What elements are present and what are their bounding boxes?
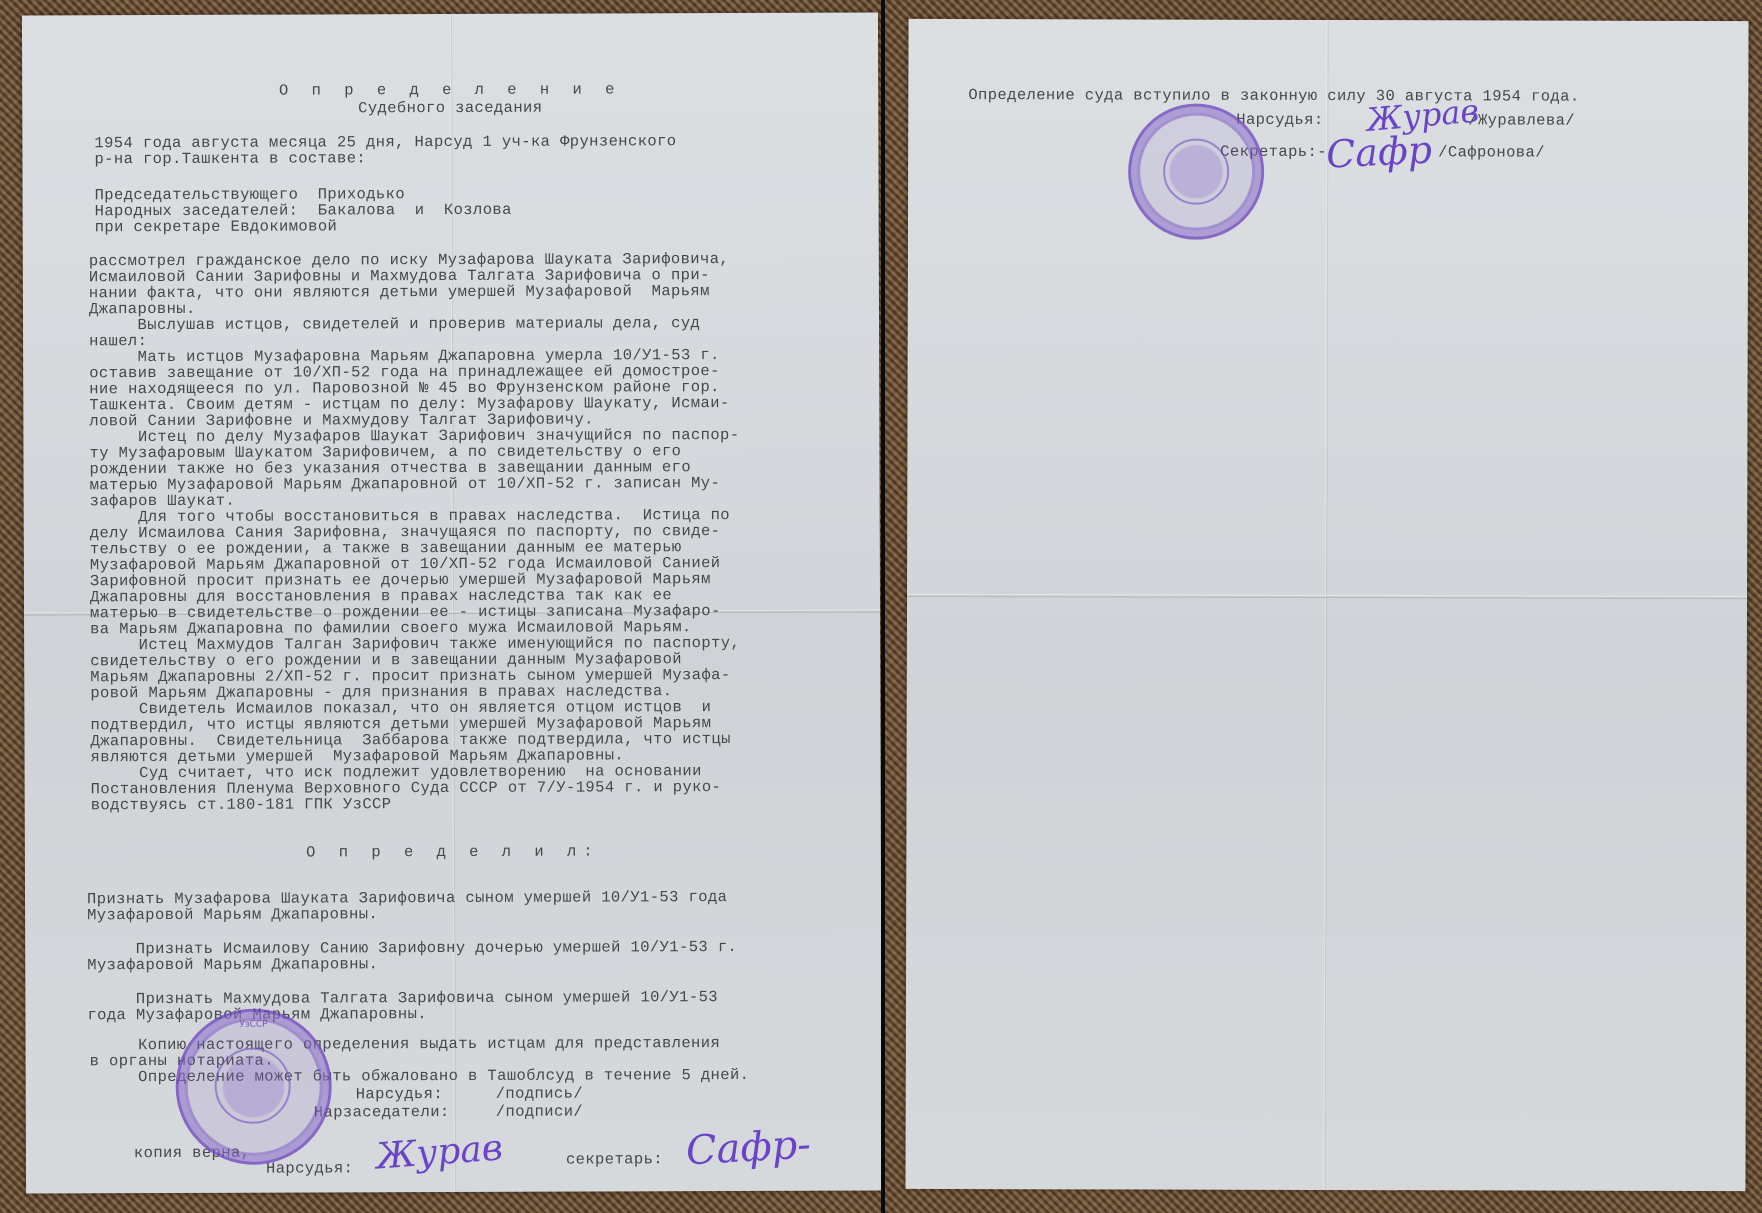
photo-right-back-page: Определение суда вступило в законную сил… <box>885 0 1762 1213</box>
judge-signature-value: /подпись/ <box>496 1086 583 1103</box>
header-line: 1954 года августа месяца 25 дня, Нарсуд … <box>94 133 676 151</box>
court-ruling-page-front: О п р е д е л е н и е Судебного заседани… <box>22 13 881 1194</box>
decision-line: Признать Музафарова Шауката Зарифовича с… <box>87 889 727 907</box>
header-line: р-на гор.Ташкента в составе: <box>94 150 366 167</box>
assessors-signature-value: /подписи/ <box>496 1104 583 1121</box>
secretary-label: секретарь: <box>566 1151 663 1168</box>
official-seal-stamp: УзССР <box>175 1008 332 1165</box>
composition-line: при секретаре Евдокимовой <box>95 218 338 235</box>
body-line: нашел: <box>89 333 147 349</box>
decision-line: Признать Исмаилову Санию Зарифовну дочер… <box>87 939 737 957</box>
body-line: нании факта, что они являются детьми уме… <box>89 283 710 301</box>
photo-left-front-page: О п р е д е л е н и е Судебного заседани… <box>0 0 881 1213</box>
document-subtitle: Судебного заседания <box>22 99 878 118</box>
seal-emblem <box>215 1048 291 1124</box>
judge-label: Нарсудья: <box>1236 112 1323 128</box>
body-line: Постановления Пленума Верховного Суда СС… <box>91 779 722 797</box>
judge-name: /Журавлева/ <box>1468 112 1575 128</box>
effective-date-line: Определение суда вступило в законную сил… <box>968 87 1579 105</box>
body-line: водствуясь ст.180-181 ГПК УзССР <box>91 796 392 813</box>
copy-judge-label: Нарсудья: <box>266 1160 353 1177</box>
document-title: О п р е д е л е н и е <box>22 81 878 100</box>
decision-line: Музафаровой Марьям Джапаровны. <box>87 956 378 973</box>
secretary-handwritten-signature: Сафр <box>1325 128 1433 177</box>
secretary-name: /Сафронова/ <box>1438 144 1545 160</box>
decision-line: Музафаровой Марьям Джапаровны. <box>87 906 378 923</box>
secretary-handwritten-signature: Сафр- <box>685 1122 812 1175</box>
body-line: матерью Музафаровой Марьям Джапаровной о… <box>90 475 721 493</box>
body-line: Выслушав истцов, свидетелей и проверив м… <box>89 315 700 333</box>
decision-heading: О п р е д е л и л: <box>25 843 881 862</box>
official-seal-stamp <box>1128 103 1264 239</box>
court-ruling-page-back: Определение суда вступило в законную сил… <box>905 19 1748 1191</box>
fold-crease-vertical <box>1323 20 1328 1190</box>
judge-handwritten-signature: Журав <box>375 1127 504 1177</box>
seal-text: УзССР <box>178 1019 328 1030</box>
seal-emblem <box>1163 139 1229 205</box>
judge-signature-label: Нарсудья: <box>356 1086 443 1103</box>
assessors-signature-label: Нарзаседатели: <box>314 1104 450 1121</box>
